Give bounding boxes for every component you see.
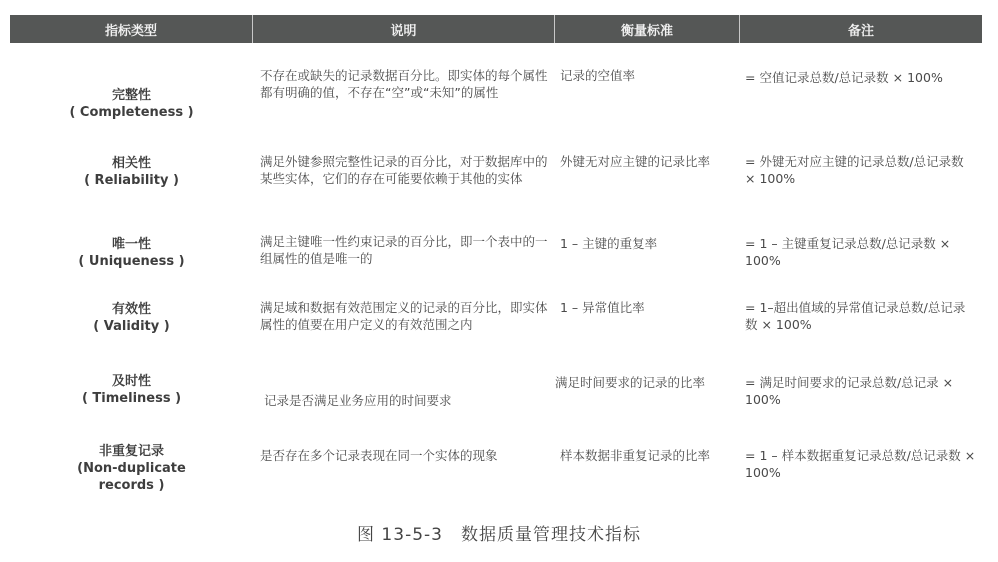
table-row-timeliness: 及时性 ( Timeliness ) 记录是否满足业务应用的时间要求 满足时间要… [10,371,982,409]
metric-type-cn: 完整性 [10,87,253,104]
metric-type: 相关性 ( Reliability ) [10,153,253,189]
metric-type-en: ( Validity ) [10,318,253,335]
metric-type: 及时性 ( Timeliness ) [10,371,253,409]
metric-description: 不存在或缺失的记录数据百分比。即实体的每个属性都有明确的值，不存在“空”或“未知… [253,67,555,121]
table-row-non-duplicate: 非重复记录 (Non-duplicate records ) 是否存在多个记录表… [10,443,982,494]
metric-measure: 1 – 主键的重复率 [555,233,740,270]
metric-type-cn: 非重复记录 [70,443,193,460]
table-row-reliability: 相关性 ( Reliability ) 满足外键参照完整性记录的百分比，对于数据… [10,153,982,189]
metric-note: = 1 – 样本数据重复记录总数/总记录数 × 100% [740,443,982,494]
figure-caption: 图 13-5-3数据质量管理技术指标 [0,520,998,545]
metric-type: 完整性 ( Completeness ) [10,67,253,121]
metric-measure: 记录的空值率 [555,67,740,121]
metric-type-cn: 有效性 [10,301,253,318]
metric-description: 记录是否满足业务应用的时间要求 [253,371,555,409]
header-description: 说明 [253,15,555,43]
metric-note: = 外键无对应主键的记录总数/总记录数 × 100% [740,153,982,189]
metric-measure: 外键无对应主键的记录比率 [555,153,740,189]
figure-title: 数据质量管理技术指标 [461,525,641,545]
metric-description: 满足域和数据有效范围定义的记录的百分比，即实体属性的值要在用户定义的有效范围之内 [253,299,555,335]
figure-number: 图 13-5-3 [357,525,443,545]
table-row-uniqueness: 唯一性 ( Uniqueness ) 满足主键唯一性约束记录的百分比，即一个表中… [10,233,982,270]
table-row-completeness: 完整性 ( Completeness ) 不存在或缺失的记录数据百分比。即实体的… [10,67,982,121]
metric-note: = 1–超出值域的异常值记录总数/总记录数 × 100% [740,299,982,335]
metric-measure: 满足时间要求的记录的比率 [555,371,740,409]
quality-metrics-table: 指标类型 说明 衡量标准 备注 完整性 ( Completeness ) 不存在… [10,15,982,43]
metric-note: = 空值记录总数/总记录数 × 100% [740,67,982,121]
table-header: 指标类型 说明 衡量标准 备注 [10,15,982,43]
metric-note: = 1 – 主键重复记录总数/总记录数 × 100% [740,233,982,270]
metric-type-en: ( Completeness ) [10,104,253,121]
metric-type: 唯一性 ( Uniqueness ) [10,233,253,270]
header-metric-type: 指标类型 [10,15,253,43]
header-note: 备注 [740,15,982,43]
metric-type-en: ( Timeliness ) [10,390,253,407]
metric-type-cn: 唯一性 [10,236,253,253]
metric-type-en: ( Reliability ) [10,172,253,189]
metric-type: 有效性 ( Validity ) [10,299,253,335]
metric-description: 是否存在多个记录表现在同一个实体的现象 [253,443,555,494]
metric-type: 非重复记录 (Non-duplicate records ) [10,443,253,494]
metric-measure: 1 – 异常值比率 [555,299,740,335]
metric-note: = 满足时间要求的记录总数/总记录 × 100% [740,371,982,409]
metric-type-cn: 及时性 [10,373,253,390]
table-row-validity: 有效性 ( Validity ) 满足域和数据有效范围定义的记录的百分比，即实体… [10,299,982,335]
metric-description: 满足主键唯一性约束记录的百分比，即一个表中的一组属性的值是唯一的 [253,233,555,270]
metric-type-cn: 相关性 [10,155,253,172]
metric-type-en: (Non-duplicate records ) [70,460,193,494]
header-measure: 衡量标准 [555,15,740,43]
metric-measure: 样本数据非重复记录的比率 [555,443,740,494]
metric-description: 满足外键参照完整性记录的百分比，对于数据库中的某些实体，它们的存在可能要依赖于其… [253,153,555,189]
metric-type-en: ( Uniqueness ) [10,253,253,270]
